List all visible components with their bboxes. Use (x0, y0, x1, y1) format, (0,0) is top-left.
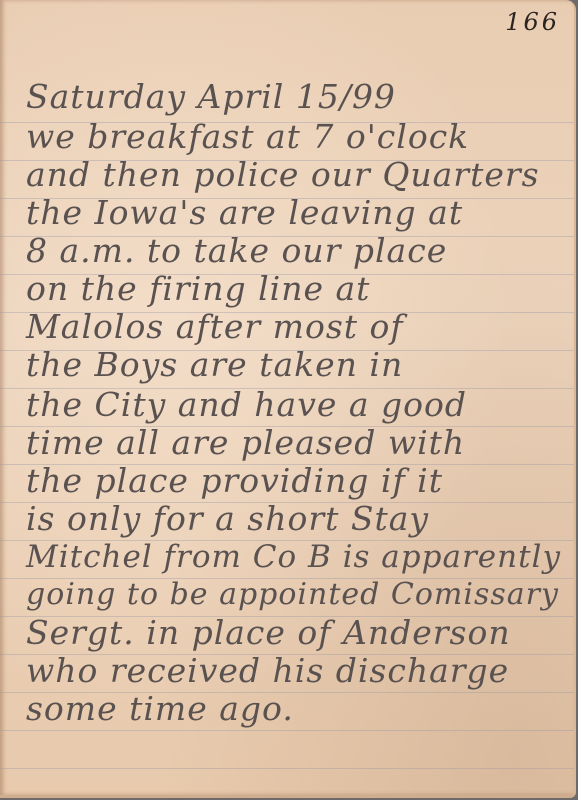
entry-line: Mitchel from Co B is apparently (26, 538, 561, 576)
entry-line: we breakfast at 7 o'clock (26, 118, 469, 156)
entry-date-line: Saturday April 15/99 (26, 78, 396, 116)
diary-page: 166 Saturday April 15/99 we breakfast at… (0, 0, 576, 798)
entry-line: and then police our Quarters (26, 156, 540, 194)
entry-line: Sergt. in place of Anderson (26, 614, 511, 652)
entry-line: time all are pleased with (26, 424, 465, 462)
entry-line: the place providing if it (26, 462, 443, 500)
ruled-line (0, 768, 574, 769)
entry-line: on the firing line at (26, 270, 370, 308)
entry-line: going to be appointed Comissary (26, 576, 559, 614)
entry-line: the Iowa's are leaving at (26, 194, 463, 232)
entry-line: is only for a short Stay (26, 500, 429, 538)
entry-line: some time ago. (26, 690, 294, 728)
entry-line: 8 a.m. to take our place (26, 232, 447, 270)
entry-line: who received his discharge (26, 652, 509, 690)
entry-line: Malolos after most of (26, 308, 404, 346)
entry-line: the City and have a good (26, 386, 467, 424)
entry-line: the Boys are taken in (26, 346, 403, 384)
ruled-line (0, 730, 574, 731)
page-number: 166 (505, 8, 560, 36)
